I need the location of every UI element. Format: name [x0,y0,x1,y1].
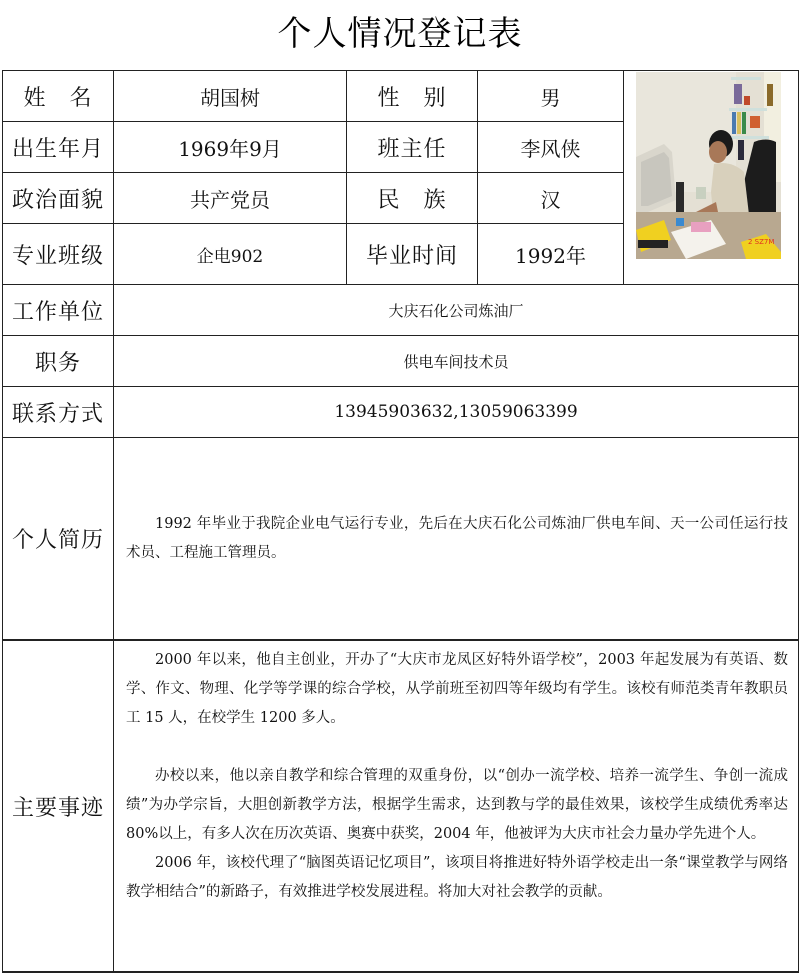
head-teacher-value: 李风侠 [477,121,624,173]
resume-paragraph: 1992 年毕业于我院企业电气运行专业，先后在大庆石化公司炼油厂供电车间、天一公… [126,510,788,568]
photo-cell: 2 SZ7M [623,70,799,285]
svg-text:2 SZ7M: 2 SZ7M [748,238,774,246]
contact-label: 联系方式 [2,386,114,438]
resume-content: 1992 年毕业于我院企业电气运行专业，先后在大庆石化公司炼油厂供电车间、天一公… [113,437,799,641]
registration-form-table: 姓 名 胡国树 性 别 男 出生年月 1969年9月 班主任 李风侠 政治面貌 … [2,70,799,973]
gender-value: 男 [477,70,624,122]
ethnicity-label: 民 族 [346,172,478,224]
portrait-photo: 2 SZ7M [636,72,781,259]
ethnicity-value: 汉 [477,172,624,224]
achievements-paragraph: 2000 年以来，他自主创业，开办了“大庆市龙凤区好特外语学校”，2003 年起… [126,646,788,733]
name-label: 姓 名 [2,70,114,122]
achievements-paragraph: 2006 年，该校代理了“脑图英语记忆项目”，该项目将推进好特外语学校走出一条“… [126,849,788,907]
position-value: 供电车间技术员 [113,335,799,387]
birth-date-label: 出生年月 [2,121,114,173]
major-class-value: 企电902 [113,223,347,285]
graduation-date-value: 1992年 [477,223,624,285]
resume-label: 个人简历 [2,437,114,641]
political-status-value: 共产党员 [113,172,347,224]
achievements-paragraph: 办校以来，他以亲自教学和综合管理的双重身份，以“创办一流学校、培养一流学生、争创… [126,762,788,849]
major-class-label: 专业班级 [2,223,114,285]
achievements-label: 主要事迹 [2,640,114,973]
contact-value: 13945903632,13059063399 [113,386,799,438]
document-title: 个人情况登记表 [0,12,800,56]
political-status-label: 政治面貌 [2,172,114,224]
gender-label: 性 别 [346,70,478,122]
position-label: 职务 [2,335,114,387]
achievements-content: 2000 年以来，他自主创业，开办了“大庆市龙凤区好特外语学校”，2003 年起… [113,640,799,973]
name-value: 胡国树 [113,70,347,122]
head-teacher-label: 班主任 [346,121,478,173]
birth-date-value: 1969年9月 [113,121,347,173]
graduation-date-label: 毕业时间 [346,223,478,285]
work-unit-value: 大庆石化公司炼油厂 [113,284,799,336]
work-unit-label: 工作单位 [2,284,114,336]
